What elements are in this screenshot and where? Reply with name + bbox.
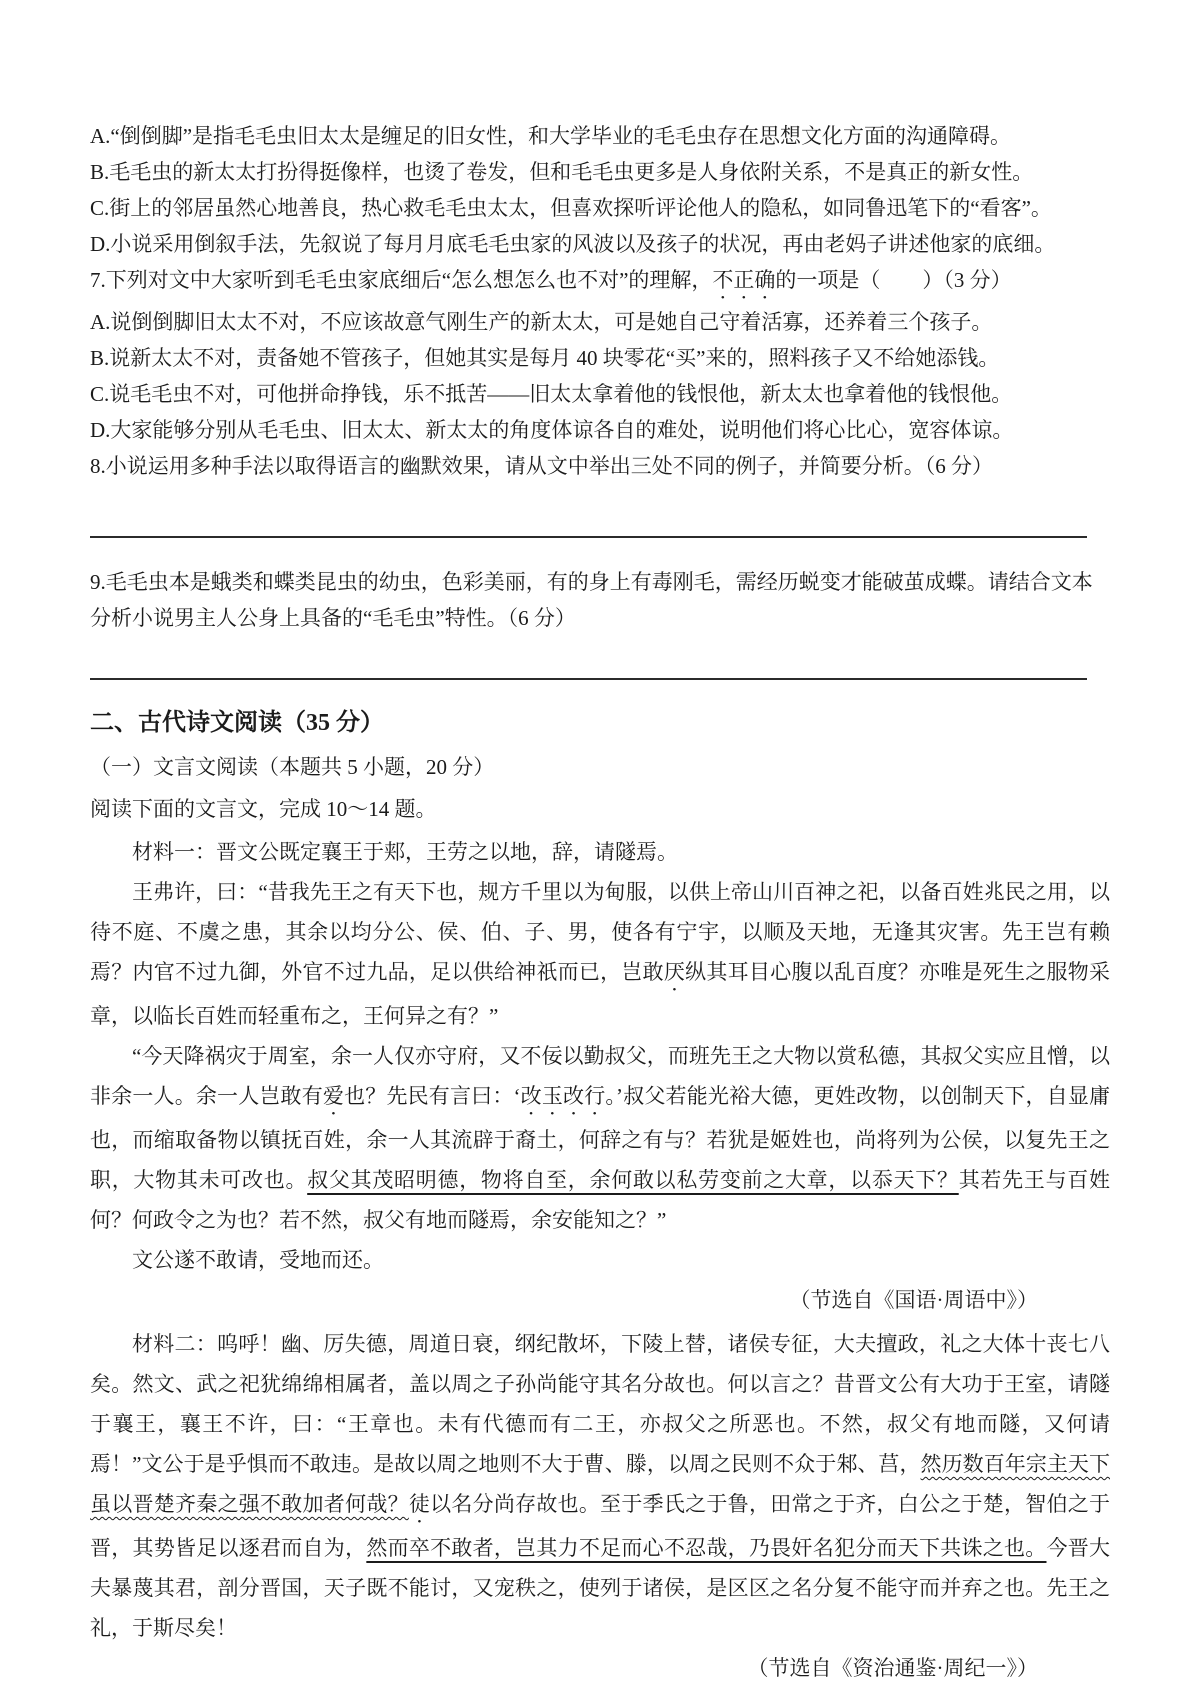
material-2: 材料二：呜呼！幽、厉失德，周道日衰，纲纪散坏，下陵上替，诸侯专征，大夫擅政，礼之… [90,1324,1110,1688]
q6-option-d: D.小说采用倒叙手法，先叙说了每月月底毛毛虫家的风波以及孩子的状况，再由老妈子讲… [90,226,1110,262]
material1-paragraph: 文公遂不敢请，受地而还。 [90,1240,1110,1280]
q6-option-b: B.毛毛虫的新太太打扮得挺像样，也烫了卷发，但和毛毛虫更多是人身依附关系，不是真… [90,154,1110,190]
material1-intro: 材料一：晋文公既定襄王于郏，王劳之以地，辞，请隧焉。 [90,832,1110,872]
reading-instruction: 阅读下面的文言文，完成 10～14 题。 [90,790,1110,828]
material2-paragraph: 材料二：呜呼！幽、厉失德，周道日衰，纲纪散坏，下陵上替，诸侯专征，大夫擅政，礼之… [90,1324,1110,1648]
q9-stem: 9.毛毛虫本是蛾类和蝶类昆虫的幼虫，色彩美丽，有的身上有毒刚毛，需经历蜕变才能破… [90,564,1110,636]
material-1: 材料一：晋文公既定襄王于郏，王劳之以地，辞，请隧焉。 王弗许，曰：“昔我先王之有… [90,832,1110,1320]
q8-stem: 8.小说运用多种手法以取得语言的幽默效果，请从文中举出三处不同的例子，并简要分析… [90,448,1110,484]
section2-subheading: （一）文言文阅读（本题共 5 小题，20 分） [90,748,1110,786]
q6-option-a: A.“倒倒脚”是指毛毛虫旧太太是缠足的旧女性，和大学毕业的毛毛虫存在思想文化方面… [90,118,1110,154]
material1-source: （节选自《国语·周语中》） [90,1280,1110,1320]
q7-option-b: B.说新太太不对，责备她不管孩子，但她其实是每月 40 块零花“买”来的，照料孩… [90,340,1110,376]
material1-paragraph: 王弗许，曰：“昔我先王之有天下也，规方千里以为甸服，以供上帝山川百神之祀，以备百… [90,872,1110,1036]
q6-option-c: C.街上的邻居虽然心地善良，热心救毛毛虫太太，但喜欢探听评论他人的隐私，如同鲁迅… [90,190,1110,226]
q7-option-d: D.大家能够分别从毛毛虫、旧太太、新太太的角度体谅各自的难处，说明他们将心比心，… [90,412,1110,448]
material2-source: （节选自《资治通鉴·周纪一》） [90,1648,1110,1688]
material1-paragraph: “今天降祸灾于周室，余一人仅亦守府，又不佞以勤叔父，而班先王之大物以赏私德，其叔… [90,1036,1110,1240]
section2-heading: 二、古代诗文阅读（35 分） [90,702,1110,744]
question6-options: A.“倒倒脚”是指毛毛虫旧太太是缠足的旧女性，和大学毕业的毛毛虫存在思想文化方面… [90,118,1110,262]
question7: 7.下列对文中大家听到毛毛虫家底细后“怎么想怎么也不对”的理解，不正确的一项是（… [90,262,1110,448]
answer-blank-line [90,536,1087,538]
answer-blank-line [90,678,1087,680]
q7-stem: 7.下列对文中大家听到毛毛虫家底细后“怎么想怎么也不对”的理解，不正确的一项是（… [90,262,1110,304]
exam-page: A.“倒倒脚”是指毛毛虫旧太太是缠足的旧女性，和大学毕业的毛毛虫存在思想文化方面… [0,0,1200,1698]
q7-option-a: A.说倒倒脚旧太太不对，不应该故意气刚生产的新太太，可是她自己守着活寡，还养着三… [90,304,1110,340]
q7-option-c: C.说毛毛虫不对，可他拼命挣钱，乐不抵苦——旧太太拿着他的钱恨他，新太太也拿着他… [90,376,1110,412]
